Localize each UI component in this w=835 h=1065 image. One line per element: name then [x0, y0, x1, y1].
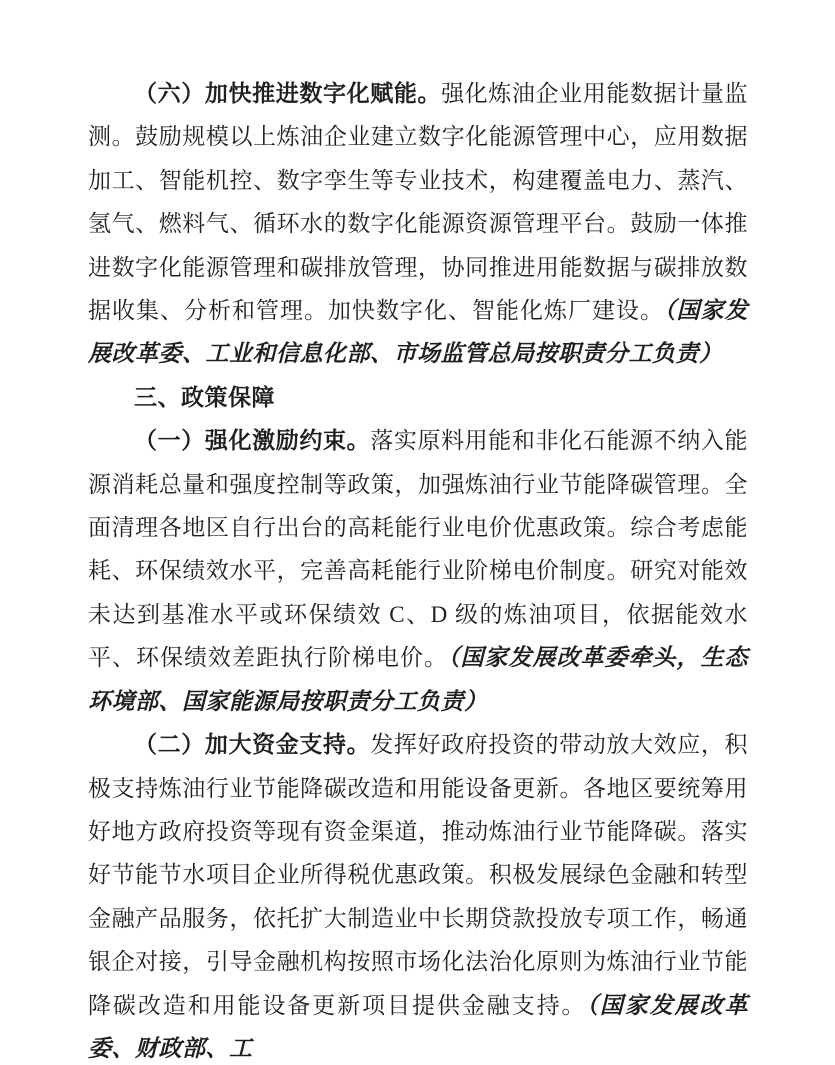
document-page: （六）加快推进数字化赋能。强化炼油企业用能数据计量监测。鼓励规模以上炼油企业建立…: [0, 0, 835, 1065]
text-run-body: 发挥好政府投资的带动放大效应，积极支持炼油行业节能降碳改造和用能设备更新。各地区…: [88, 732, 748, 1017]
document-body: （六）加快推进数字化赋能。强化炼油企业用能数据计量监测。鼓励规模以上炼油企业建立…: [88, 72, 748, 1065]
text-run-lead: （一）强化激励约束。: [134, 428, 370, 453]
text-run-heading: 三、政策保障: [134, 384, 275, 410]
text-run-lead: （二）加大资金支持。: [134, 732, 370, 757]
section-heading: 三、政策保障: [88, 376, 748, 419]
paragraph: （二）加大资金支持。发挥好政府投资的带动放大效应，积极支持炼油行业节能降碳改造和…: [88, 723, 748, 1065]
paragraph: （六）加快推进数字化赋能。强化炼油企业用能数据计量监测。鼓励规模以上炼油企业建立…: [88, 72, 748, 376]
text-run-body: 强化炼油企业用能数据计量监测。鼓励规模以上炼油企业建立数字化能源管理中心，应用数…: [88, 81, 748, 323]
paragraph: （一）强化激励约束。落实原料用能和非化石能源不纳入能源消耗总量和强度控制等政策，…: [88, 419, 748, 723]
text-run-body: 落实原料用能和非化石能源不纳入能源消耗总量和强度控制等政策，加强炼油行业节能降碳…: [88, 428, 748, 670]
text-run-lead: （六）加快推进数字化赋能。: [134, 81, 441, 106]
